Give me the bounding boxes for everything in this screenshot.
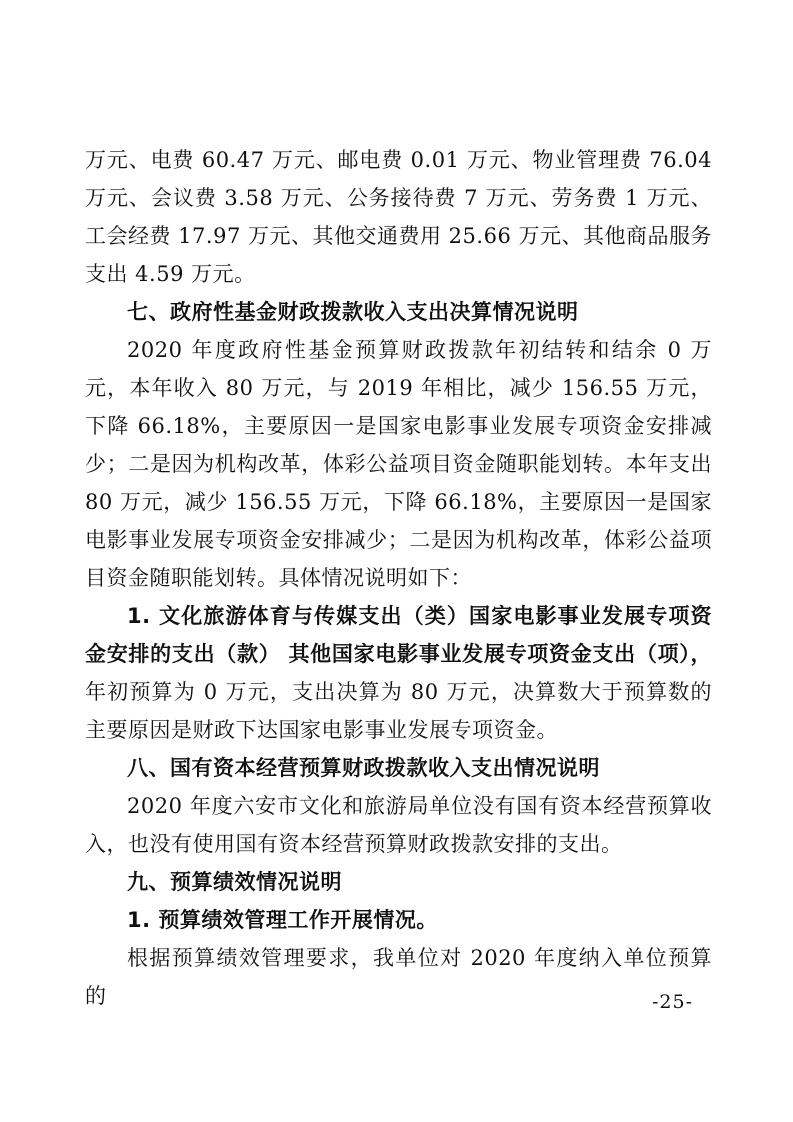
page-number: -25-: [652, 990, 693, 1014]
subheading-performance-management-1: 1. 预算绩效管理工作开展情况。: [85, 901, 712, 939]
paragraph-item-1-normal-text: 年初预算为 0 万元，支出决算为 80 万元，决算数大于预算数的主要原因是财政下…: [85, 680, 712, 742]
document-body: 万元、电费 60.47 万元、邮电费 0.01 万元、物业管理费 76.04 万…: [85, 141, 712, 1015]
paragraph-government-fund-summary: 2020 年度政府性基金预算财政拨款年初结转和结余 0 万元，本年收入 80 万…: [85, 331, 712, 597]
paragraph-state-capital-summary: 2020 年度六安市文化和旅游局单位没有国有资本经营预算收入，也没有使用国有资本…: [85, 787, 712, 863]
document-page: 万元、电费 60.47 万元、邮电费 0.01 万元、物业管理费 76.04 万…: [0, 0, 793, 1122]
paragraph-item-1-bold-lead: 1. 文化旅游体育与传媒支出（类）国家电影事业发展专项资金安排的支出（款） 其他…: [85, 604, 712, 666]
paragraph-expense-detail-continued: 万元、电费 60.47 万元、邮电费 0.01 万元、物业管理费 76.04 万…: [85, 141, 712, 293]
heading-section-8-state-capital: 八、国有资本经营预算财政拨款收入支出情况说明: [85, 749, 712, 787]
heading-section-7-government-fund: 七、政府性基金财政拨款收入支出决算情况说明: [85, 293, 712, 331]
paragraph-performance-intro: 根据预算绩效管理要求，我单位对 2020 年度纳入单位预算的: [85, 939, 712, 1015]
heading-section-9-budget-performance: 九、预算绩效情况说明: [85, 863, 712, 901]
paragraph-item-1-film-fund: 1. 文化旅游体育与传媒支出（类）国家电影事业发展专项资金安排的支出（款） 其他…: [85, 597, 712, 749]
